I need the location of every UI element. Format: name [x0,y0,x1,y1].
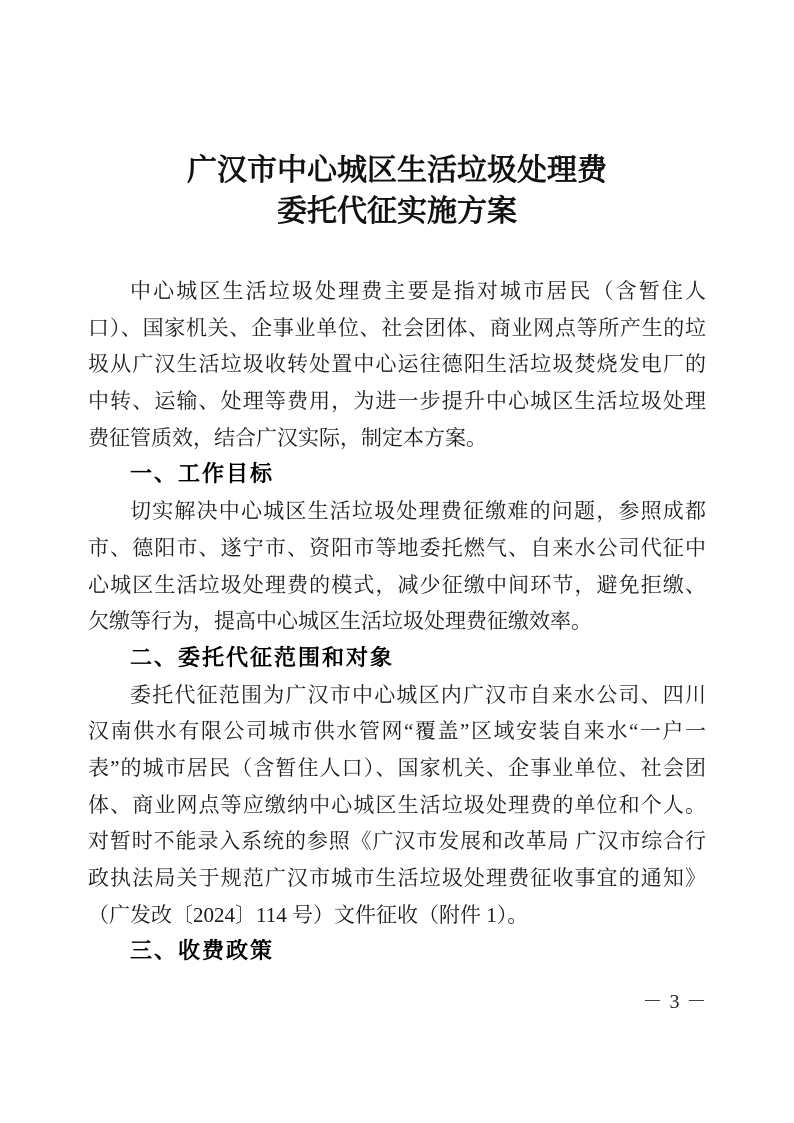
text-line: 市、德阳市、遂宁市、资阳市等地委托燃气、自来水公司代征中 [88,530,706,567]
document-body: 中心城区生活垃圾处理费主要是指对城市居民（含暂住人口）、国家机关、企事业单位、社… [88,273,706,970]
section-heading: 一、工作目标 [88,456,706,493]
text-line: 中转、运输、处理等费用，为进一步提升中心城区生活垃圾处理 [88,383,706,420]
text-line: 汉南供水有限公司城市供水管网“覆盖”区域安装自来水“一户一 [88,713,706,750]
paragraph: 中心城区生活垃圾处理费主要是指对城市居民（含暂住人口）、国家机关、企事业单位、社… [88,273,706,456]
paragraph: 切实解决中心城区生活垃圾处理费征缴难的问题，参照成都市、德阳市、遂宁市、资阳市等… [88,493,706,640]
text-line: 圾从广汉生活垃圾收转处置中心运往德阳生活垃圾焚烧发电厂的 [88,346,706,383]
text-line: 中心城区生活垃圾处理费主要是指对城市居民（含暂住人 [88,273,706,310]
title-line-1: 广汉市中心城区生活垃圾处理费 [0,150,794,191]
text-line: 费征管质效，结合广汉实际，制定本方案。 [88,420,706,457]
text-line: 口）、国家机关、企事业单位、社会团体、商业网点等所产生的垃 [88,310,706,347]
text-line: 对暂时不能录入系统的参照《广汉市发展和改革局 广汉市综合行 [88,823,706,860]
page-number: － 3 － [595,988,755,1016]
text-line: 体、商业网点等应缴纳中心城区生活垃圾处理费的单位和个人。 [88,787,706,824]
document-page: 广汉市中心城区生活垃圾处理费 委托代征实施方案 中心城区生活垃圾处理费主要是指对… [0,0,794,1123]
section-heading: 三、收费政策 [88,933,706,970]
text-line: （广发改〔2024〕114 号）文件征收（附件 1）。 [88,897,706,934]
text-line: 心城区生活垃圾处理费的模式，减少征缴中间环节，避免拒缴、 [88,567,706,604]
title-line-2: 委托代征实施方案 [0,191,794,232]
text-line: 切实解决中心城区生活垃圾处理费征缴难的问题，参照成都 [88,493,706,530]
paragraph: 委托代征范围为广汉市中心城区内广汉市自来水公司、四川汉南供水有限公司城市供水管网… [88,677,706,934]
document-title: 广汉市中心城区生活垃圾处理费 委托代征实施方案 [0,150,794,232]
text-line: 委托代征范围为广汉市中心城区内广汉市自来水公司、四川 [88,677,706,714]
section-heading: 二、委托代征范围和对象 [88,640,706,677]
text-line: 表”的城市居民（含暂住人口）、国家机关、企事业单位、社会团 [88,750,706,787]
text-line: 政执法局关于规范广汉市城市生活垃圾处理费征收事宜的通知》 [88,860,706,897]
text-line: 欠缴等行为，提高中心城区生活垃圾处理费征缴效率。 [88,603,706,640]
